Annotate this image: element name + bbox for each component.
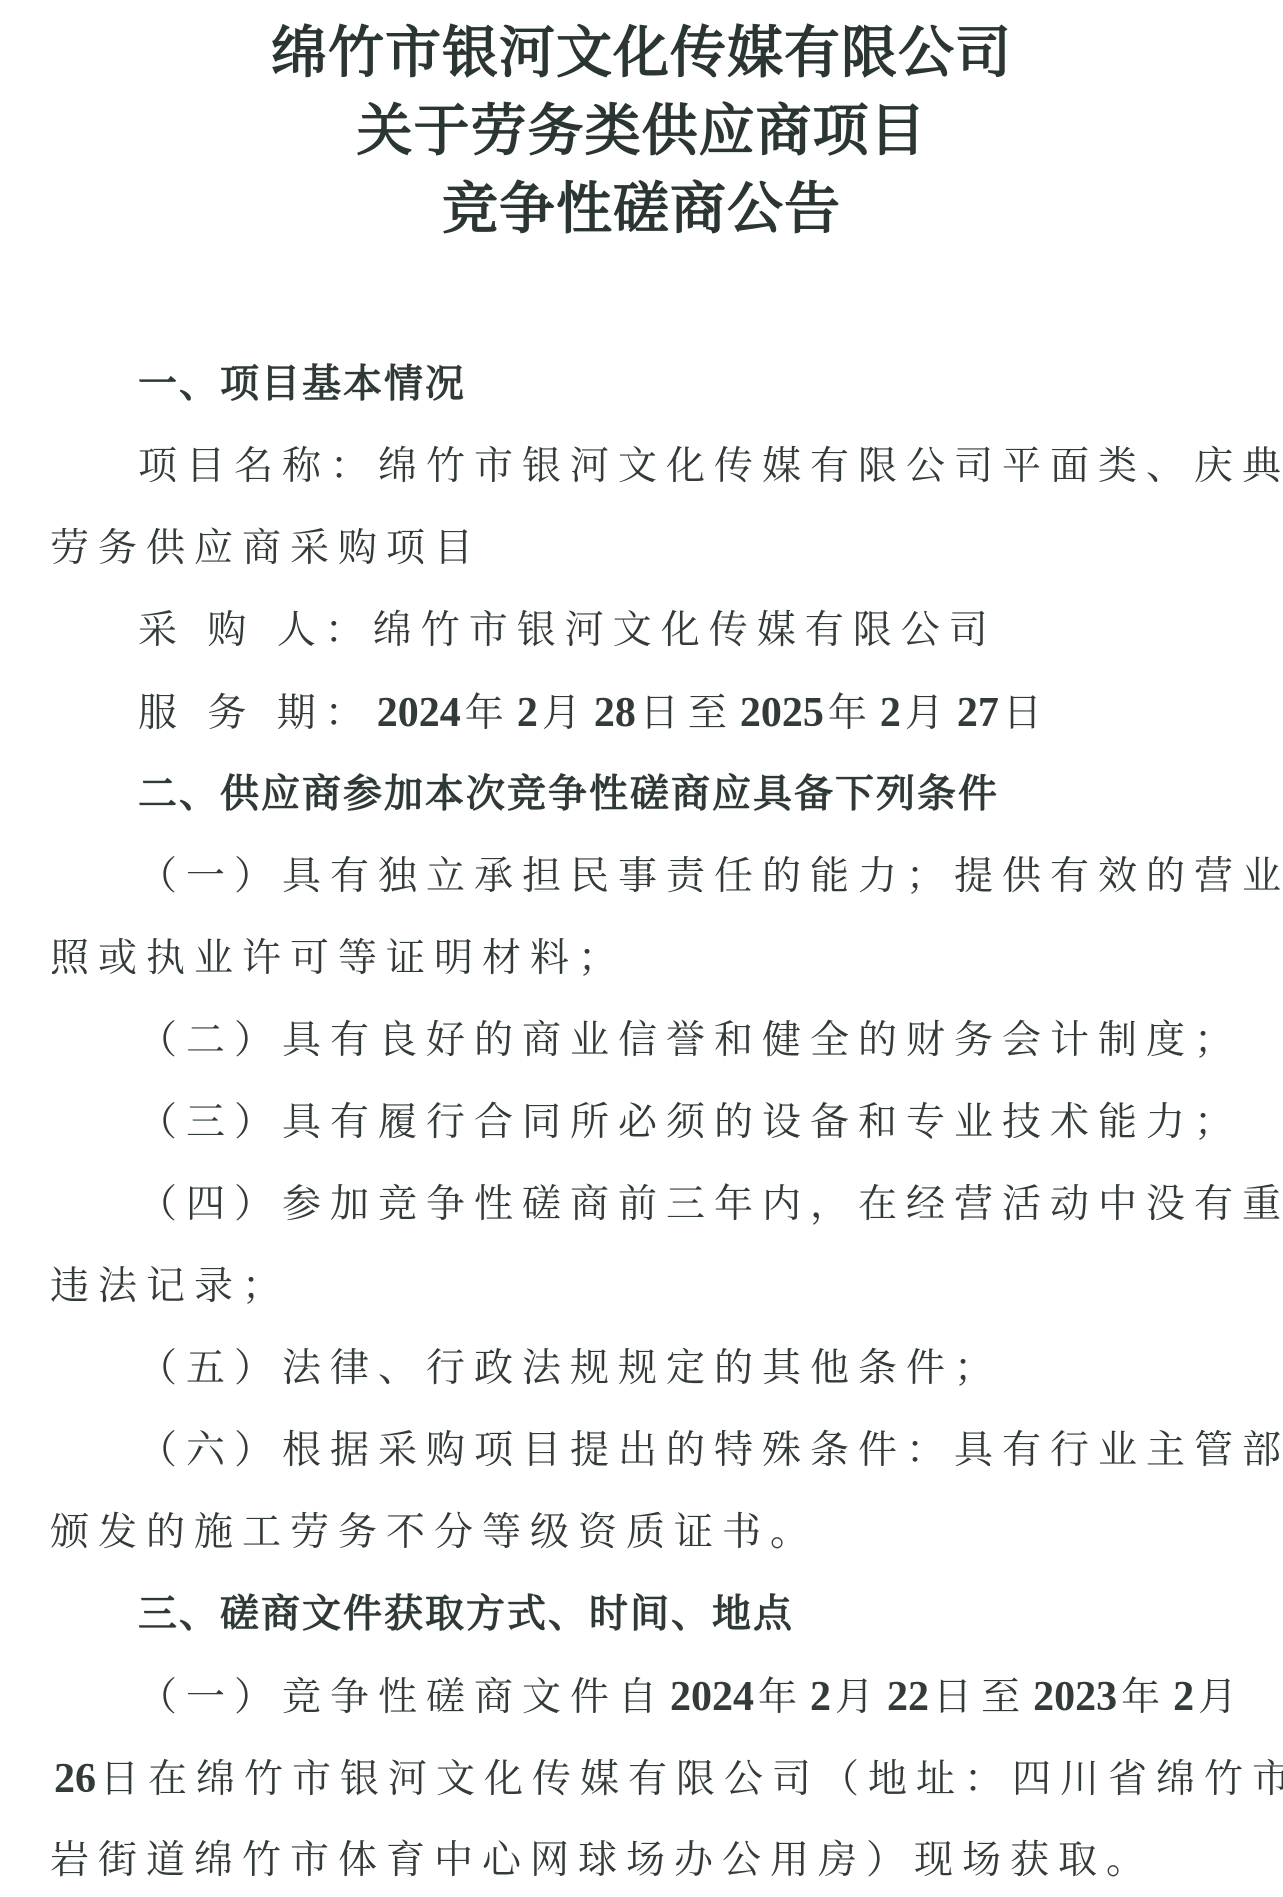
acquisition-item-1-line2: 26日在绵竹市银河文化传媒有限公司（地址：四川省绵竹市紫 bbox=[50, 1738, 1255, 1820]
acquisition-start-day: 22 bbox=[883, 1674, 933, 1720]
condition-2: （二）具有良好的商业信誉和健全的财务会计制度； bbox=[50, 1000, 1255, 1082]
service-end-day: 27 bbox=[953, 690, 1003, 736]
acquisition-item-1: （一）竞争性磋商文件自2024年2月22日至2023年2月 bbox=[50, 1656, 1255, 1738]
project-name-value: 绵竹市银河文化传媒有限公司平面类、庆典类 bbox=[378, 444, 1283, 489]
condition-4-continuation: 违法记录； bbox=[50, 1246, 1255, 1328]
project-name-continuation: 劳务供应商采购项目 bbox=[50, 508, 1255, 590]
condition-6-continuation: 颁发的施工劳务不分等级资质证书。 bbox=[50, 1492, 1255, 1574]
acquisition-location: 在绵竹市银河文化传媒有限公司（地址：四川省绵竹市紫 bbox=[148, 1757, 1283, 1802]
title-line-type: 竞争性磋商公告 bbox=[0, 170, 1283, 248]
condition-4: （四）参加竞争性磋商前三年内，在经营活动中没有重大 bbox=[50, 1164, 1255, 1246]
acquisition-item-1-line3: 岩街道绵竹市体育中心网球场办公用房）现场获取。 bbox=[50, 1820, 1255, 1897]
service-start-day: 28 bbox=[590, 690, 640, 736]
acquisition-prefix: （一）竞争性磋商文件自 bbox=[138, 1675, 666, 1720]
document-body: 一、项目基本情况 项目名称：绵竹市银河文化传媒有限公司平面类、庆典类 劳务供应商… bbox=[50, 344, 1255, 1897]
document-page: 绵竹市银河文化传媒有限公司 关于劳务类供应商项目 竞争性磋商公告 一、项目基本情… bbox=[0, 0, 1283, 1897]
month-char: 月 bbox=[1198, 1675, 1246, 1720]
day-char: 日 bbox=[933, 1675, 981, 1720]
section-heading-1: 一、项目基本情况 bbox=[50, 344, 1255, 426]
service-end-month: 2 bbox=[876, 690, 905, 736]
service-period-line: 服 务 期：2024年2月28日至2025年2月27日 bbox=[50, 672, 1255, 754]
day-char: 日 bbox=[100, 1757, 148, 1802]
acquisition-end-month: 2 bbox=[1169, 1674, 1198, 1720]
condition-1-continuation: 照或执业许可等证明材料； bbox=[50, 918, 1255, 1000]
acquisition-end-day: 26 bbox=[50, 1756, 100, 1802]
acquisition-end-year: 2023 bbox=[1029, 1674, 1121, 1720]
document-title: 绵竹市银河文化传媒有限公司 关于劳务类供应商项目 竞争性磋商公告 bbox=[0, 14, 1283, 248]
purchaser-label: 采 购 人： bbox=[138, 608, 373, 653]
section-heading-2: 二、供应商参加本次竞争性磋商应具备下列条件 bbox=[50, 754, 1255, 836]
project-name-label: 项目名称： bbox=[138, 444, 378, 489]
service-period-label: 服 务 期： bbox=[138, 691, 373, 736]
year-char: 年 bbox=[465, 691, 513, 736]
project-name-line: 项目名称：绵竹市银河文化传媒有限公司平面类、庆典类 bbox=[50, 426, 1255, 508]
title-line-company: 绵竹市银河文化传媒有限公司 bbox=[0, 14, 1283, 92]
to-char: 至 bbox=[981, 1675, 1029, 1720]
service-start-year: 2024 bbox=[373, 690, 465, 736]
month-char: 月 bbox=[542, 691, 590, 736]
service-start-month: 2 bbox=[513, 690, 542, 736]
title-line-subject: 关于劳务类供应商项目 bbox=[0, 92, 1283, 170]
condition-5: （五）法律、行政法规规定的其他条件； bbox=[50, 1328, 1255, 1410]
year-char: 年 bbox=[1121, 1675, 1169, 1720]
to-char: 至 bbox=[688, 691, 736, 736]
year-char: 年 bbox=[828, 691, 876, 736]
year-char: 年 bbox=[758, 1675, 806, 1720]
day-char: 日 bbox=[1003, 691, 1051, 736]
section-heading-3: 三、磋商文件获取方式、时间、地点 bbox=[50, 1574, 1255, 1656]
condition-6: （六）根据采购项目提出的特殊条件：具有行业主管部门 bbox=[50, 1410, 1255, 1492]
month-char: 月 bbox=[835, 1675, 883, 1720]
month-char: 月 bbox=[905, 691, 953, 736]
purchaser-line: 采 购 人：绵竹市银河文化传媒有限公司 bbox=[50, 590, 1255, 672]
service-end-year: 2025 bbox=[736, 690, 828, 736]
day-char: 日 bbox=[640, 691, 688, 736]
condition-1: （一）具有独立承担民事责任的能力；提供有效的营业执 bbox=[50, 836, 1255, 918]
acquisition-start-month: 2 bbox=[806, 1674, 835, 1720]
condition-3: （三）具有履行合同所必须的设备和专业技术能力； bbox=[50, 1082, 1255, 1164]
purchaser-value: 绵竹市银河文化传媒有限公司 bbox=[373, 608, 997, 653]
acquisition-start-year: 2024 bbox=[666, 1674, 758, 1720]
